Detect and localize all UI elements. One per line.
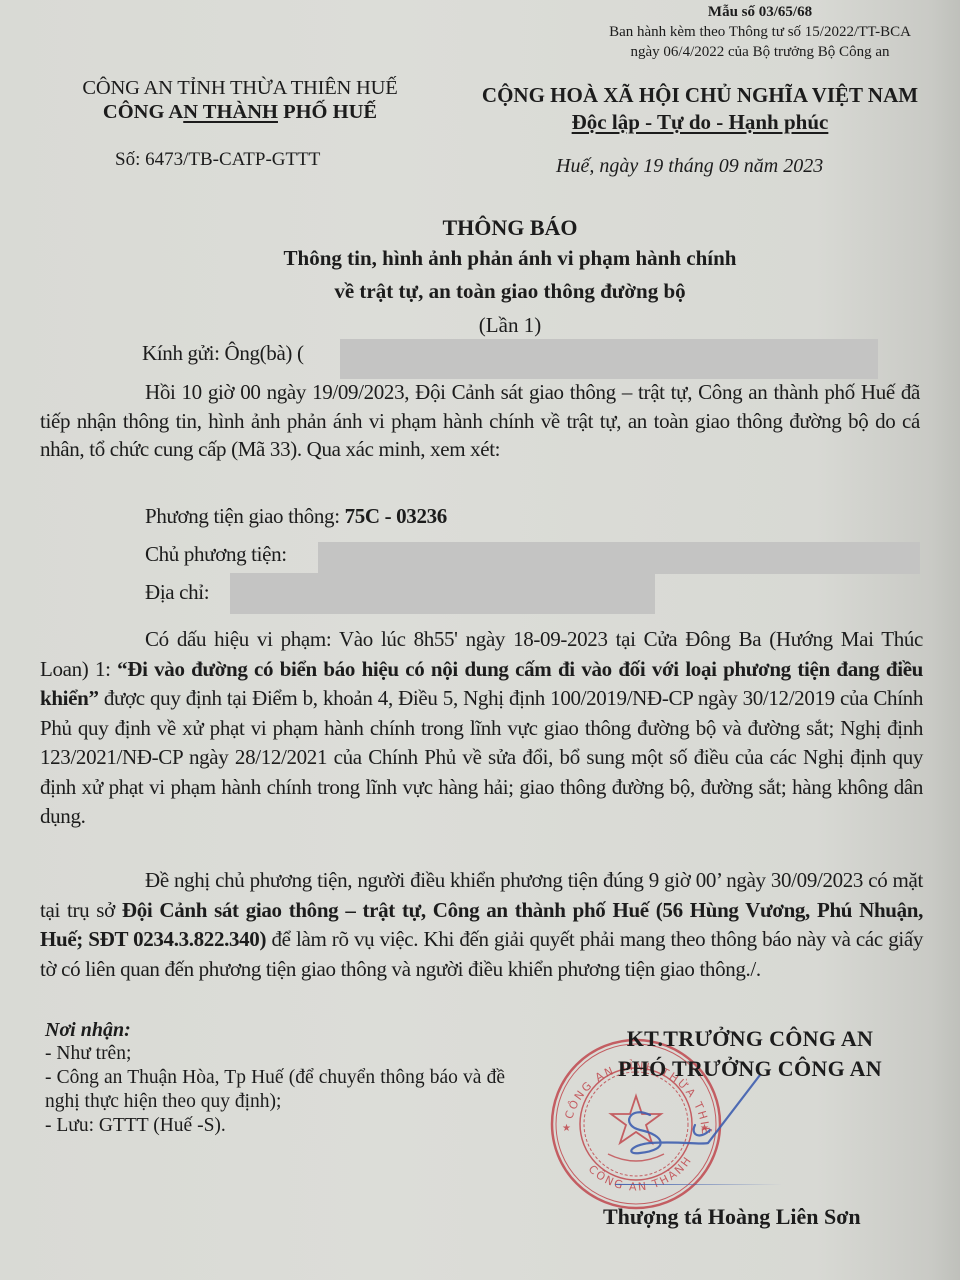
- addressee-label: Kính gửi: Ông(bà) (: [142, 341, 304, 366]
- notice-count: (Lần 1): [200, 310, 820, 340]
- paragraph-receipt: Hồi 10 giờ 00 ngày 19/09/2023, Đội Cảnh …: [40, 378, 920, 464]
- paragraph-violation: Có dấu hiệu vi phạm: Vào lúc 8h55' ngày …: [40, 625, 923, 832]
- nation-name: CỘNG HOÀ XÃ HỘI CHỦ NGHĨA VIỆT NAM: [455, 82, 945, 109]
- signature-line1: KT.TRƯỞNG CÔNG AN: [590, 1024, 910, 1054]
- national-motto: Độc lập - Tự do - Hạnh phúc: [572, 110, 829, 134]
- vehicle-label: Phương tiện giao thông:: [145, 504, 345, 528]
- address-redaction: [230, 573, 655, 614]
- title-sub2: về trật tự, an toàn giao thông đường bộ: [200, 275, 820, 308]
- owner-redaction: [318, 542, 920, 574]
- recipients-block: Nơi nhận: - Như trên; - Công an Thuận Hò…: [45, 1018, 505, 1138]
- title-sub1: Thông tin, hình ảnh phản ánh vi phạm hàn…: [200, 242, 820, 275]
- org-parent: CÔNG AN TỈNH THỪA THIÊN HUẾ: [40, 76, 440, 100]
- vehicle-line: Phương tiện giao thông: 75C - 03236: [145, 504, 447, 529]
- address-label: Địa chỉ:: [145, 580, 209, 605]
- national-header: CỘNG HOÀ XÃ HỘI CHỦ NGHĨA VIỆT NAM Độc l…: [455, 82, 945, 136]
- svg-text:★: ★: [562, 1123, 571, 1134]
- violation-legal-basis: được quy định tại Điểm b, khoản 4, Điều …: [40, 686, 923, 828]
- recipient-item: - Lưu: GTTT (Huế -S).: [45, 1114, 505, 1138]
- signature-title: KT.TRƯỞNG CÔNG AN PHÓ TRƯỞNG CÔNG AN: [590, 1024, 910, 1084]
- signer-name: Thượng tá Hoàng Liên Sơn: [603, 1204, 861, 1230]
- form-code-line1: Ban hành kèm theo Thông tư số 15/2022/TT…: [560, 22, 960, 42]
- org-unit-underlined: N THÀNH: [183, 101, 278, 123]
- org-unit-suffix: PHỐ HUẾ: [278, 101, 377, 123]
- signature-line2: PHÓ TRƯỞNG CÔNG AN: [590, 1054, 910, 1084]
- org-unit: CÔNG AN THÀNH PHỐ HUẾ: [40, 100, 440, 124]
- addressee-redaction: [340, 339, 878, 379]
- form-code-title: Mẫu số 03/65/68: [560, 2, 960, 22]
- document-number: Số: 6473/TB-CATP-GTTT: [115, 149, 320, 171]
- handwritten-signature-icon: [600, 1075, 920, 1185]
- recipient-item: - Công an Thuận Hòa, Tp Huế (để chuyển t…: [45, 1066, 505, 1114]
- org-unit-prefix: CÔNG A: [103, 101, 183, 123]
- document-title: THÔNG BÁO Thông tin, hình ảnh phản ánh v…: [200, 214, 820, 340]
- owner-label: Chủ phương tiện:: [145, 542, 287, 567]
- title-main: THÔNG BÁO: [200, 214, 820, 242]
- recipient-item: - Như trên;: [45, 1042, 505, 1066]
- recipients-heading: Nơi nhận:: [45, 1018, 505, 1042]
- form-code-line2: ngày 06/4/2022 của Bộ trưởng Bộ Công an: [560, 42, 960, 62]
- license-plate: 75C - 03236: [345, 504, 447, 528]
- paragraph-summons: Đề nghị chủ phương tiện, người điều khiể…: [40, 866, 923, 984]
- place-date: Huế, ngày 19 tháng 09 năm 2023: [556, 155, 823, 178]
- issuing-organization: CÔNG AN TỈNH THỪA THIÊN HUẾ CÔNG AN THÀN…: [40, 76, 440, 124]
- form-code: Mẫu số 03/65/68 Ban hành kèm theo Thông …: [560, 2, 960, 62]
